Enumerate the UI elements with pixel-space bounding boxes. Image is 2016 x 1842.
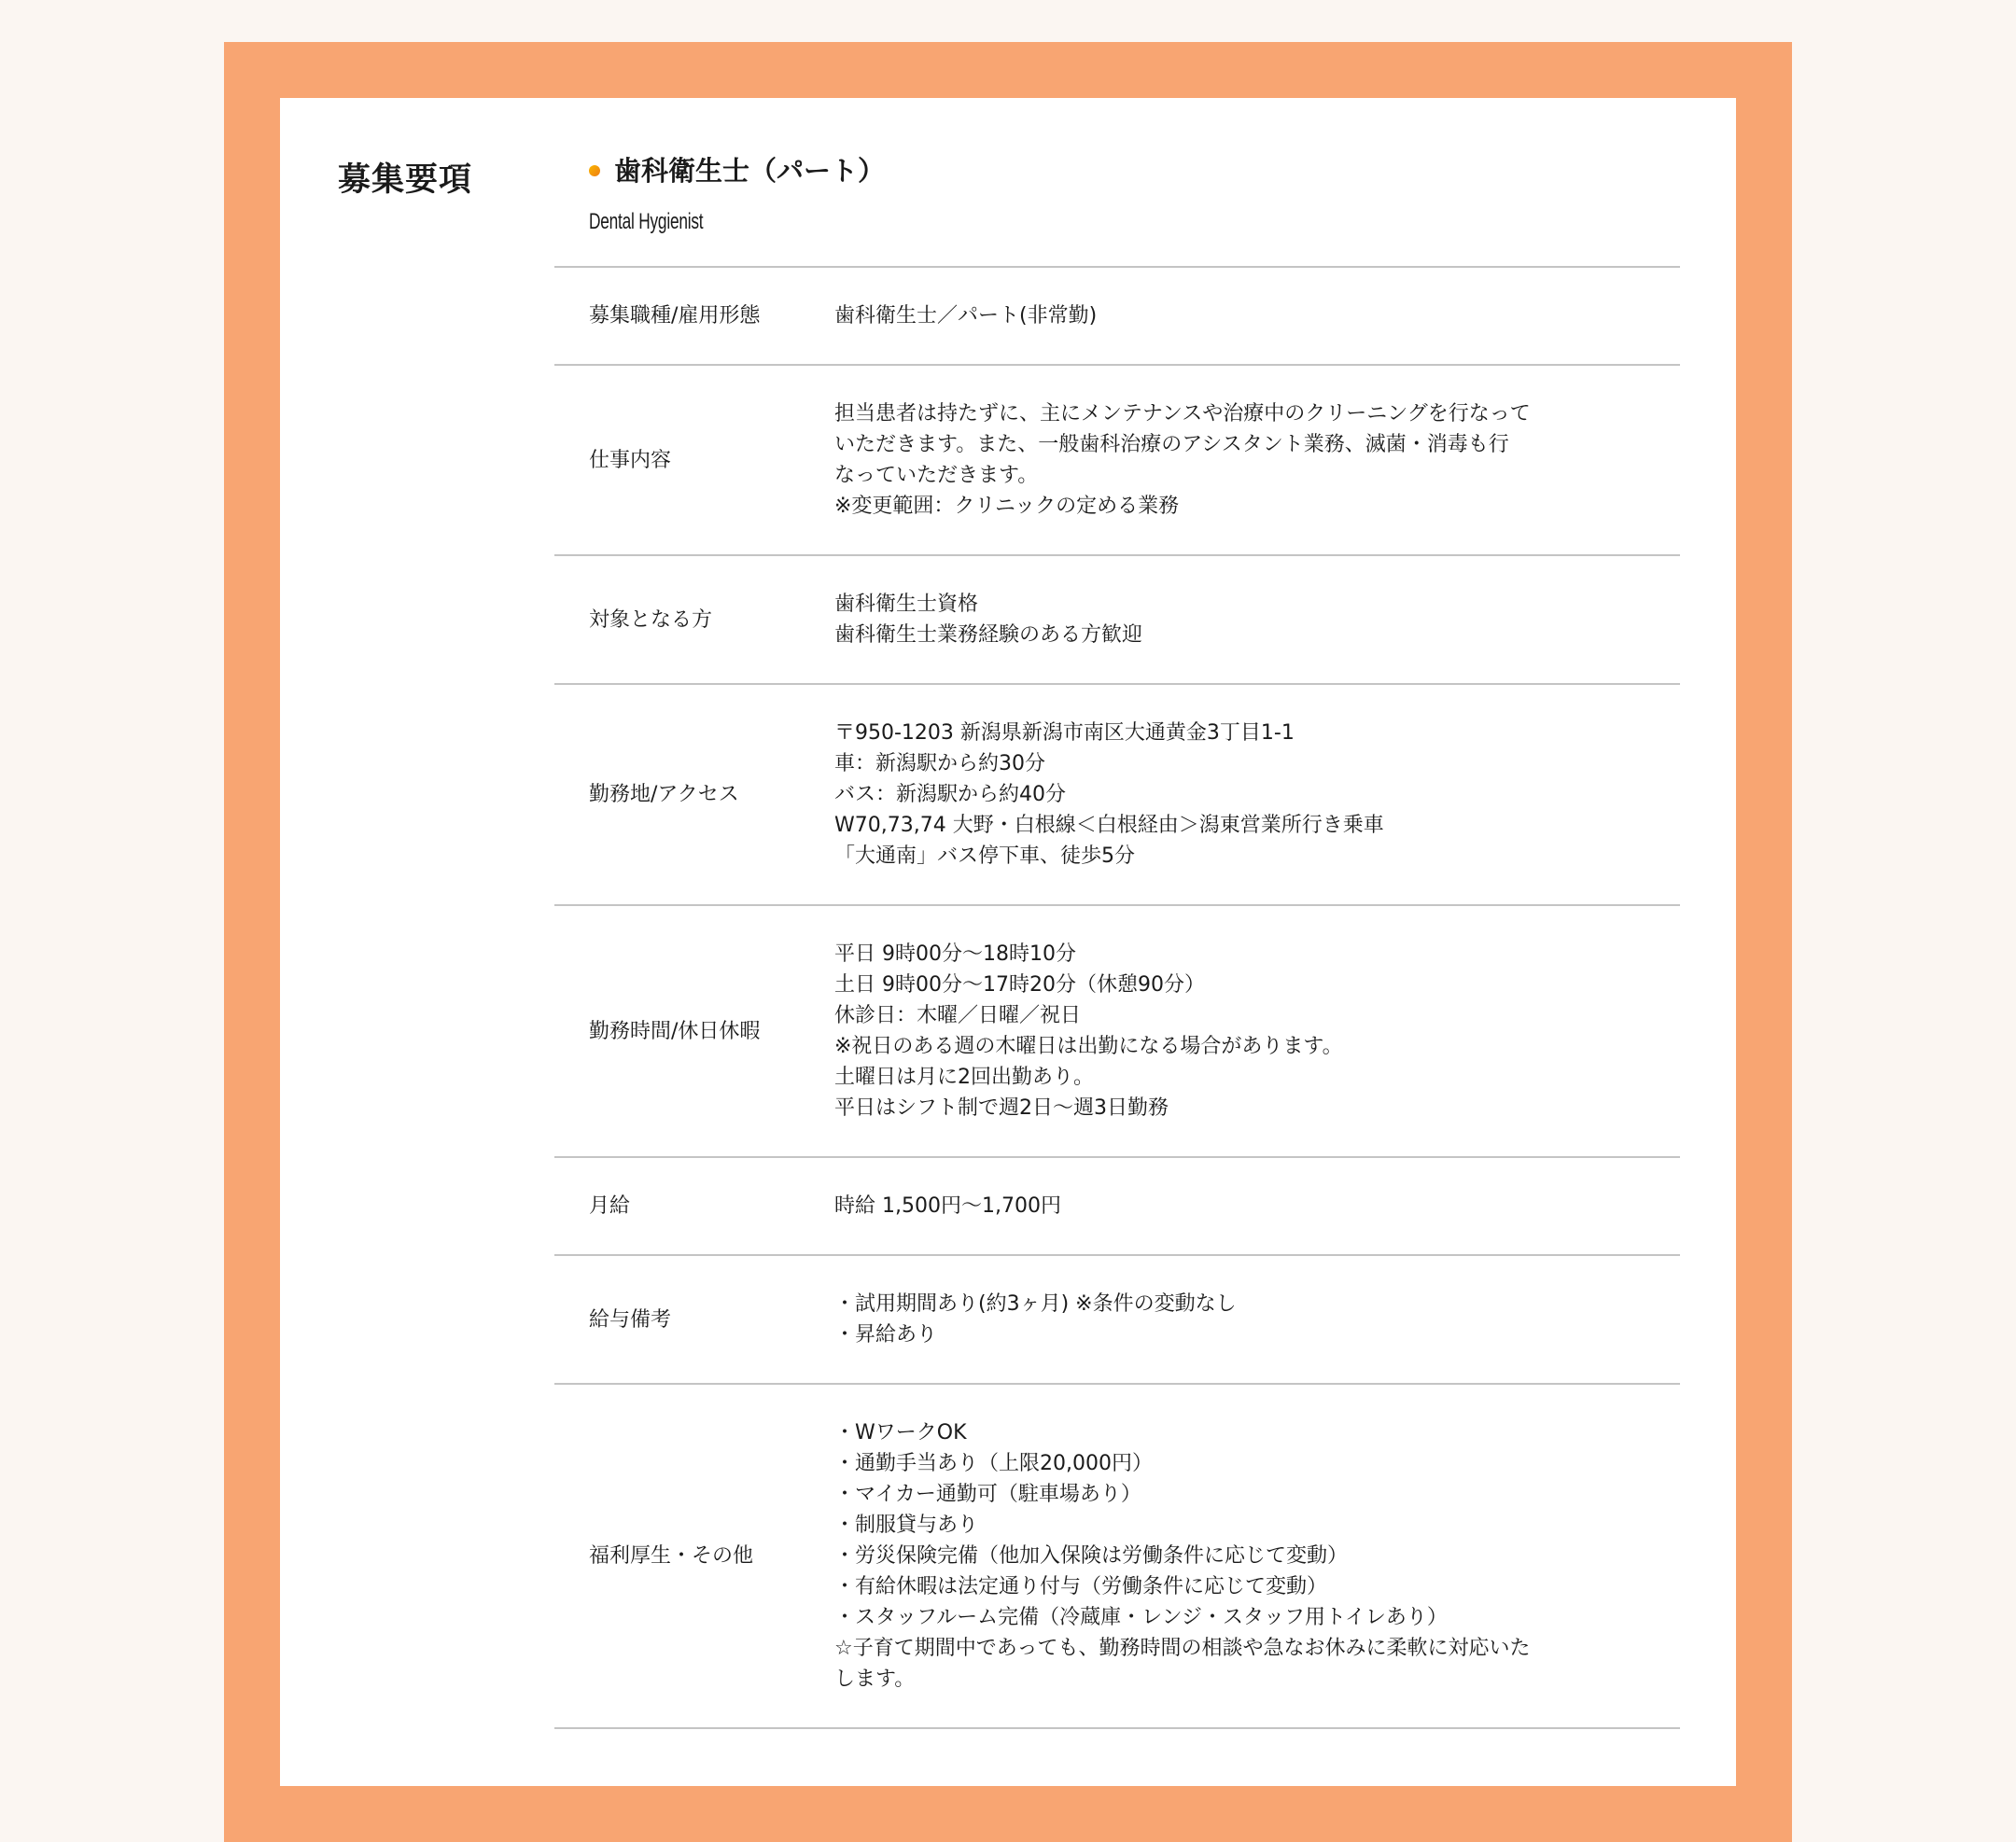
- value-line: ・試用期間あり(約3ヶ月) ※条件の変動なし: [834, 1289, 1661, 1319]
- row-value: 平日 9時00分〜18時10分土日 9時00分〜17時20分（休憩90分）休診日…: [834, 939, 1680, 1123]
- row-label: 対象となる方: [554, 605, 834, 635]
- row-value: ・WワークOK・通勤手当あり（上限20,000円）・マイカー通勤可（駐車場あり）…: [834, 1417, 1680, 1695]
- value-line: 車：新潟駅から約30分: [834, 748, 1661, 779]
- row-value: 歯科衛生士／パート(非常勤): [834, 300, 1680, 331]
- orange-frame: 募集要項 歯科衛生士（パート） Dental Hygienist 募集職種/雇用…: [224, 42, 1792, 1842]
- value-line: 土曜日は月に2回出勤あり。: [834, 1062, 1661, 1093]
- job-header: 歯科衛生士（パート） Dental Hygienist: [554, 98, 1680, 268]
- section-heading: 募集要項: [338, 161, 472, 199]
- row-label: 福利厚生・その他: [554, 1541, 834, 1571]
- job-details: 歯科衛生士（パート） Dental Hygienist 募集職種/雇用形態歯科衛…: [554, 98, 1680, 1729]
- value-line: 歯科衛生士業務経験のある方歓迎: [834, 620, 1661, 650]
- job-subtitle: Dental Hygienist: [589, 208, 703, 236]
- value-line: 歯科衛生士／パート(非常勤): [834, 300, 1661, 331]
- table-row: 仕事内容担当患者は持たずに、主にメンテナンスや治療中のクリーニングを行なっていた…: [554, 366, 1680, 556]
- table-row: 対象となる方歯科衛生士資格歯科衛生士業務経験のある方歓迎: [554, 556, 1680, 685]
- value-line: 〒950-1203 新潟県新潟市南区大通黄金3丁目1-1: [834, 718, 1661, 748]
- recruitment-card: 募集要項 歯科衛生士（パート） Dental Hygienist 募集職種/雇用…: [280, 98, 1736, 1786]
- value-line: 平日はシフト制で週2日〜週3日勤務: [834, 1093, 1661, 1123]
- value-line: ・制服貸与あり: [834, 1510, 1661, 1541]
- value-line: ・労災保険完備（他加入保険は労働条件に応じて変動）: [834, 1541, 1661, 1571]
- table-row: 募集職種/雇用形態歯科衛生士／パート(非常勤): [554, 268, 1680, 366]
- value-line: 時給 1,500円〜1,700円: [834, 1191, 1661, 1221]
- row-label: 募集職種/雇用形態: [554, 300, 834, 331]
- value-line: ・WワークOK: [834, 1417, 1661, 1448]
- value-line: します。: [834, 1664, 1661, 1695]
- value-line: ・スタッフルーム完備（冷蔵庫・レンジ・スタッフ用トイレあり）: [834, 1602, 1661, 1633]
- row-value: 時給 1,500円〜1,700円: [834, 1191, 1680, 1221]
- row-label: 仕事内容: [554, 445, 834, 476]
- row-value: 担当患者は持たずに、主にメンテナンスや治療中のクリーニングを行なっていただきます…: [834, 398, 1680, 522]
- table-row: 福利厚生・その他・WワークOK・通勤手当あり（上限20,000円）・マイカー通勤…: [554, 1385, 1680, 1729]
- value-line: いただきます。また、一般歯科治療のアシスタント業務、滅菌・消毒も行: [834, 429, 1661, 460]
- orange-dot-icon: [589, 165, 600, 176]
- value-line: 平日 9時00分〜18時10分: [834, 939, 1661, 970]
- table-row: 月給時給 1,500円〜1,700円: [554, 1158, 1680, 1256]
- value-line: ・昇給あり: [834, 1319, 1661, 1350]
- value-line: ・通勤手当あり（上限20,000円）: [834, 1448, 1661, 1479]
- value-line: ☆子育て期間中であっても、勤務時間の相談や急なお休みに柔軟に対応いた: [834, 1633, 1661, 1664]
- value-line: なっていただきます。: [834, 460, 1661, 491]
- table-row: 勤務時間/休日休暇平日 9時00分〜18時10分土日 9時00分〜17時20分（…: [554, 906, 1680, 1158]
- value-line: バス：新潟駅から約40分: [834, 779, 1661, 810]
- row-label: 給与備考: [554, 1305, 834, 1335]
- row-label: 月給: [554, 1191, 834, 1221]
- value-line: 担当患者は持たずに、主にメンテナンスや治療中のクリーニングを行なって: [834, 398, 1661, 429]
- table-row: 勤務地/アクセス〒950-1203 新潟県新潟市南区大通黄金3丁目1-1車：新潟…: [554, 685, 1680, 906]
- job-title: 歯科衛生士（パート）: [614, 152, 885, 189]
- value-line: 「大通南」バス停下車、徒歩5分: [834, 841, 1661, 872]
- row-value: ・試用期間あり(約3ヶ月) ※条件の変動なし・昇給あり: [834, 1289, 1680, 1350]
- row-label: 勤務地/アクセス: [554, 779, 834, 810]
- requirements-table: 募集職種/雇用形態歯科衛生士／パート(非常勤)仕事内容担当患者は持たずに、主にメ…: [554, 268, 1680, 1729]
- value-line: ※祝日のある週の木曜日は出勤になる場合があります。: [834, 1031, 1661, 1062]
- value-line: ・マイカー通勤可（駐車場あり）: [834, 1479, 1661, 1510]
- value-line: ・有給休暇は法定通り付与（労働条件に応じて変動）: [834, 1571, 1661, 1602]
- value-line: 土日 9時00分〜17時20分（休憩90分）: [834, 970, 1661, 1000]
- value-line: 休診日：木曜／日曜／祝日: [834, 1000, 1661, 1031]
- value-line: 歯科衛生士資格: [834, 589, 1661, 620]
- value-line: W70,73,74 大野・白根線＜白根経由＞潟東営業所行き乗車: [834, 810, 1661, 841]
- row-value: 〒950-1203 新潟県新潟市南区大通黄金3丁目1-1車：新潟駅から約30分バ…: [834, 718, 1680, 872]
- value-line: ※変更範囲：クリニックの定める業務: [834, 491, 1661, 522]
- table-row: 給与備考・試用期間あり(約3ヶ月) ※条件の変動なし・昇給あり: [554, 1256, 1680, 1385]
- row-label: 勤務時間/休日休暇: [554, 1016, 834, 1047]
- row-value: 歯科衛生士資格歯科衛生士業務経験のある方歓迎: [834, 589, 1680, 650]
